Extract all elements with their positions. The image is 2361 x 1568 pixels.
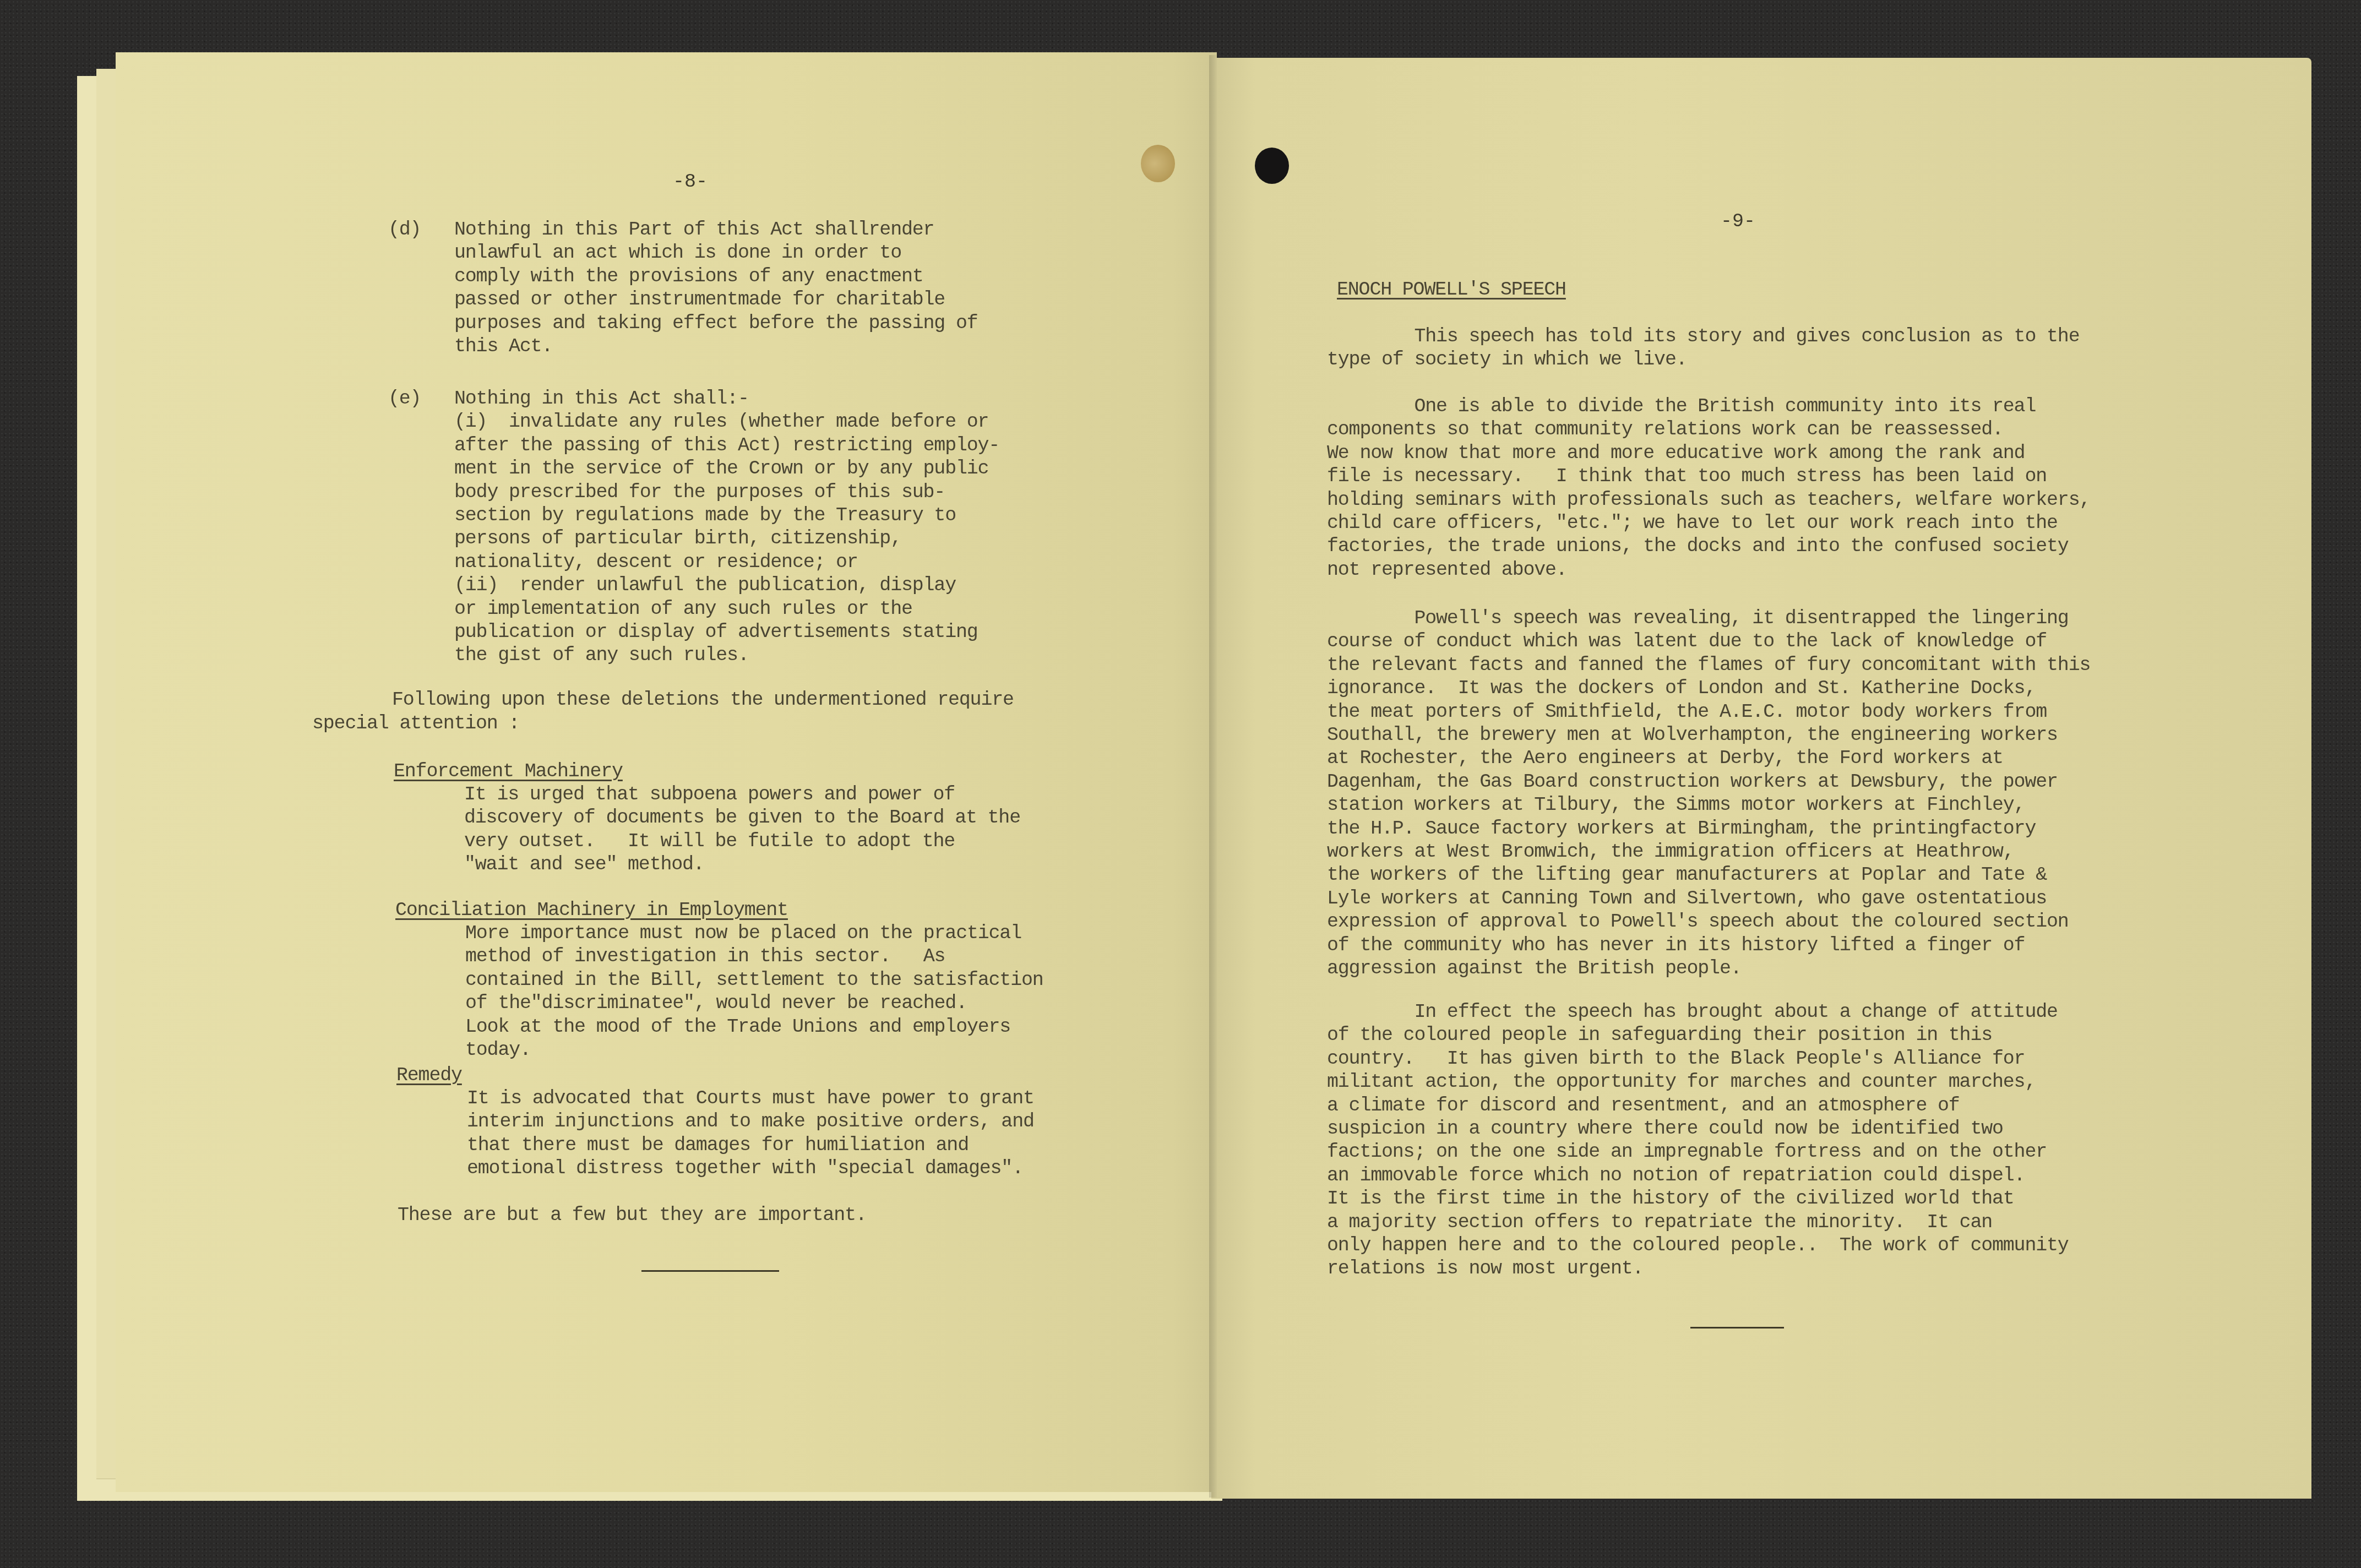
clause-d-label: (d) [388, 218, 421, 241]
conciliation-machinery-text: More importance must now be placed on th… [465, 922, 1043, 1061]
page-number: -8- [673, 171, 708, 193]
clause-d-text: Nothing in this Part of this Act shallre… [454, 218, 978, 358]
clause-e-label: (e) [388, 387, 421, 410]
intro-line-2: special attention : [312, 712, 519, 735]
binding-gutter [1209, 55, 1217, 1498]
paragraph: In effect the speech has brought about a… [1327, 1000, 2069, 1281]
heading-conciliation-machinery: Conciliation Machinery in Employment [395, 899, 788, 922]
intro-line-1: Following upon these deletions the under… [392, 688, 1014, 711]
remedy-text: It is advocated that Courts must have po… [467, 1087, 1034, 1180]
paragraph: One is able to divide the British commun… [1327, 395, 2090, 581]
page-number: -9- [1721, 210, 1755, 232]
enforcement-machinery-text: It is urged that subpoena powers and pow… [464, 783, 1020, 876]
punched-hole [1141, 145, 1175, 182]
punched-hole [1255, 148, 1289, 184]
heading-enforcement-machinery: Enforcement Machinery [394, 760, 623, 783]
section-heading: ENOCH POWELL'S SPEECH [1337, 278, 1566, 301]
paragraph: This speech has told its story and gives… [1327, 325, 2079, 372]
paragraph: Powell's speech was revealing, it disent… [1327, 607, 2090, 981]
closing-line: These are but a few but they are importa… [398, 1204, 867, 1227]
heading-remedy: Remedy [396, 1064, 462, 1087]
end-rule [641, 1270, 779, 1272]
clause-e-text: Nothing in this Act shall:- (i) invalida… [454, 387, 999, 667]
end-rule [1690, 1327, 1784, 1329]
